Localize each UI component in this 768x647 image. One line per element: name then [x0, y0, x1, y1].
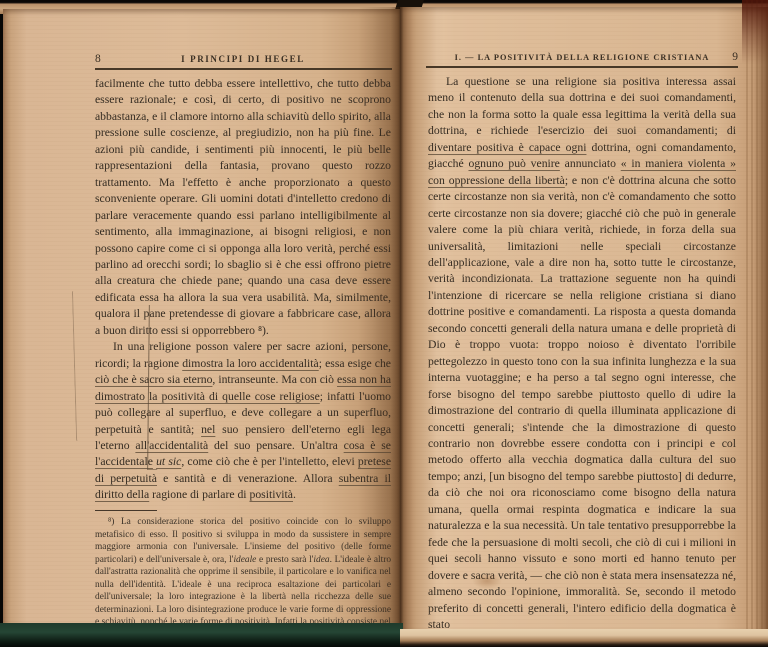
right-body-text: La questione se una religione sia positi… — [428, 74, 736, 633]
book-photo: 8 I PRINCIPI DI HEGEL facilmente che tut… — [0, 0, 768, 647]
fore-edge-stain — [742, 0, 768, 64]
right-header-rule — [426, 66, 738, 68]
left-paragraph-1: facilmente che tutto debba essere intell… — [95, 76, 391, 339]
left-running-title: I PRINCIPI DI HEGEL — [121, 54, 365, 64]
right-page: I. — LA POSITIVITÀ DELLA RELIGIONE CRIST… — [400, 7, 768, 629]
left-header-rule — [95, 68, 392, 70]
footnote-separator-rule — [95, 510, 157, 511]
book-cover-bottom-edge — [0, 623, 403, 647]
left-body-text: facilmente che tutto debba essere intell… — [95, 76, 391, 647]
left-page-number: 8 — [95, 53, 121, 65]
right-paragraph-1: La questione se una religione sia positi… — [428, 74, 736, 633]
left-page: 8 I PRINCIPI DI HEGEL facilmente che tut… — [3, 9, 400, 623]
page-stack-bottom-edge — [400, 629, 768, 647]
pencil-margin-line-faint — [72, 291, 79, 441]
right-page-number: 9 — [712, 51, 738, 63]
left-page-header: 8 I PRINCIPI DI HEGEL — [95, 53, 391, 65]
left-paragraph-2: In una religione posson valere per sacre… — [95, 339, 391, 504]
right-running-title: I. — LA POSITIVITÀ DELLA RELIGIONE CRIST… — [452, 53, 712, 62]
paper-stain — [472, 573, 502, 589]
right-page-header: I. — LA POSITIVITÀ DELLA RELIGIONE CRIST… — [426, 51, 738, 63]
pencil-margin-bracket — [147, 305, 159, 470]
